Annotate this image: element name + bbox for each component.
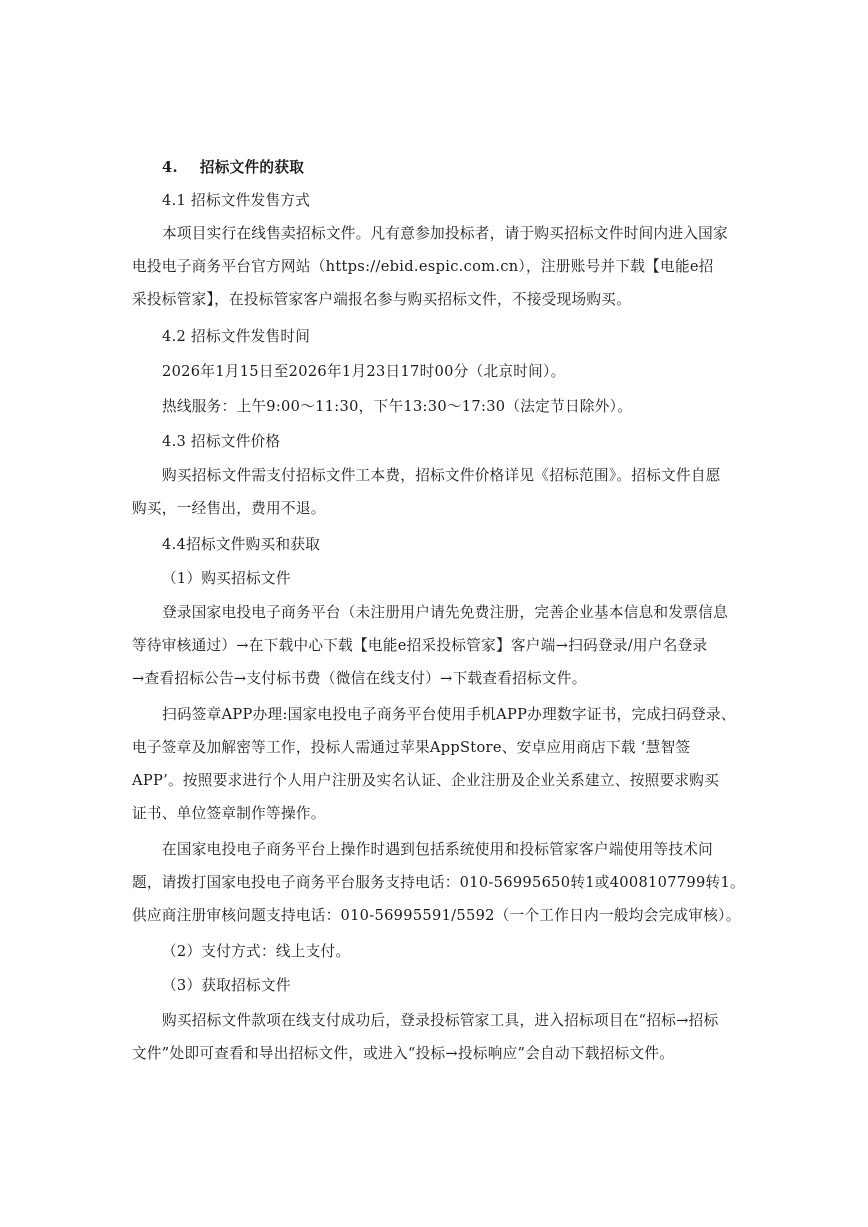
- paragraph-line: 购买，一经售出，费用不退。: [132, 499, 326, 519]
- paragraph-line: 电子签章及加解密等工作，投标人需通过苹果AppStore、安卓应用商店下载 ‘慧…: [132, 738, 690, 758]
- item-heading-3: （3）获取招标文件: [162, 976, 291, 996]
- paragraph-line: 题，请拨打国家电投电子商务平台服务支持电话：010-56995650转1或400…: [132, 873, 745, 893]
- subsection-heading-4-2: 4.2 招标文件发售时间: [162, 327, 310, 347]
- paragraph-line: 文件”处即可查看和导出招标文件，或进入“投标→投标响应”会自动下载招标文件。: [132, 1044, 674, 1064]
- item-heading-1: （1）购买招标文件: [162, 569, 291, 589]
- paragraph-line: 登录国家电投电子商务平台（未注册用户请先免费注册，完善企业基本信息和发票信息: [162, 603, 728, 623]
- subsection-heading-4-3: 4.3 招标文件价格: [162, 432, 280, 452]
- paragraph-line: 等待审核通过）→在下载中心下载【电能e招采投标管家】客户端→扫码登录/用户名登录: [132, 636, 707, 656]
- paragraph-line: 本项目实行在线售卖招标文件。凡有意参加投标者，请于购买招标文件时间内进入国家: [162, 224, 728, 244]
- paragraph-line: 供应商注册审核问题支持电话：010-56995591/5592（一个工作日内一般…: [132, 906, 741, 926]
- document-page: 4.招标文件的获取 4.1 招标文件发售方式 本项目实行在线售卖招标文件。凡有意…: [0, 0, 868, 1227]
- subsection-heading-4-4: 4.4招标文件购买和获取: [162, 535, 320, 555]
- paragraph-line: 热线服务：上午9:00～11:30，下午13:30～17:30（法定节日除外）。: [162, 397, 632, 417]
- section-number: 4.: [162, 159, 178, 176]
- subsection-heading-4-1: 4.1 招标文件发售方式: [162, 191, 310, 211]
- item-heading-2: （2）支付方式：线上支付。: [162, 942, 350, 962]
- section-heading: 4.招标文件的获取: [162, 158, 304, 178]
- paragraph-line: 2026年1月15日至2026年1月23日17时00分（北京时间）。: [162, 362, 566, 382]
- paragraph-line: 购买招标文件款项在线支付成功后，登录投标管家工具，进入招标项目在“招标→招标: [162, 1011, 718, 1031]
- paragraph-line: 在国家电投电子商务平台上操作时遇到包括系统使用和投标管家客户端使用等技术问: [162, 840, 713, 860]
- paragraph-line: →查看招标公告→支付标书费（微信在线支付）→下载查看招标文件。: [132, 669, 587, 689]
- paragraph-line: APP’。按照要求进行个人用户注册及实名认证、企业注册及企业关系建立、按照要求购…: [132, 771, 719, 791]
- section-title: 招标文件的获取: [200, 159, 304, 176]
- paragraph-line: 购买招标文件需支付招标文件工本费，招标文件价格详见《招标范围》。招标文件自愿: [162, 466, 721, 486]
- paragraph-line: 采投标管家】，在投标管家客户端报名参与购买招标文件，不接受现场购买。: [132, 290, 631, 310]
- paragraph-line: 扫码签章APP办理:国家电投电子商务平台使用手机APP办理数字证书，完成扫码登录…: [162, 705, 736, 725]
- paragraph-line: 电投电子商务平台官方网站（https://ebid.espic.com.cn），…: [132, 257, 714, 277]
- paragraph-line: 证书、单位签章制作等操作。: [132, 804, 326, 824]
